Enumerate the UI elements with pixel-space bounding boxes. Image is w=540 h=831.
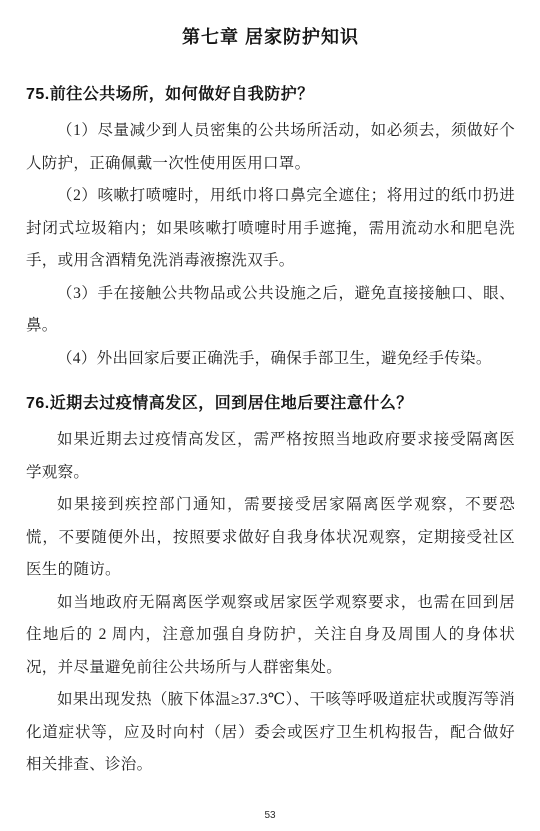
question-76-paragraph-2: 如果接到疾控部门通知，需要接受居家隔离医学观察，不要恐慌，不要随便外出，按照要求… (26, 489, 515, 587)
document-page: 第七章 居家防护知识 75.前往公共场所，如何做好自我防护？ （1）尽量减少到人… (0, 0, 540, 831)
section-question-76: 76.近期去过疫情高发区，回到居住地后要注意什么？ 如果近期去过疫情高发区，需严… (26, 392, 515, 782)
question-75-paragraph-3: （3）手在接触公共物品或公共设施之后，避免直接接触口、眼、鼻。 (26, 278, 515, 343)
question-76-paragraph-3: 如当地政府无隔离医学观察或居家医学观察要求，也需在回到居住地后的 2 周内，注意… (26, 587, 515, 685)
question-76-paragraph-1: 如果近期去过疫情高发区，需严格按照当地政府要求接受隔离医学观察。 (26, 424, 515, 489)
question-75-paragraph-1: （1）尽量减少到人员密集的公共场所活动，如必须去，须做好个人防护，正确佩戴一次性… (26, 115, 515, 180)
page-number: 53 (0, 810, 540, 821)
question-75-heading: 75.前往公共场所，如何做好自我防护？ (26, 83, 515, 107)
question-76-heading: 76.近期去过疫情高发区，回到居住地后要注意什么？ (26, 392, 515, 416)
chapter-title: 第七章 居家防护知识 (26, 24, 515, 50)
page-content: 第七章 居家防护知识 75.前往公共场所，如何做好自我防护？ （1）尽量减少到人… (0, 0, 540, 782)
question-75-paragraph-4: （4）外出回家后要正确洗手，确保手部卫生，避免经手传染。 (26, 343, 515, 376)
section-question-75: 75.前往公共场所，如何做好自我防护？ （1）尽量减少到人员密集的公共场所活动，… (26, 83, 515, 375)
question-75-paragraph-2: （2）咳嗽打喷嚏时，用纸巾将口鼻完全遮住；将用过的纸巾扔进封闭式垃圾箱内；如果咳… (26, 180, 515, 278)
question-76-paragraph-4: 如果出现发热（腋下体温≥37.3℃）、干咳等呼吸道症状或腹泻等消化道症状等，应及… (26, 684, 515, 782)
